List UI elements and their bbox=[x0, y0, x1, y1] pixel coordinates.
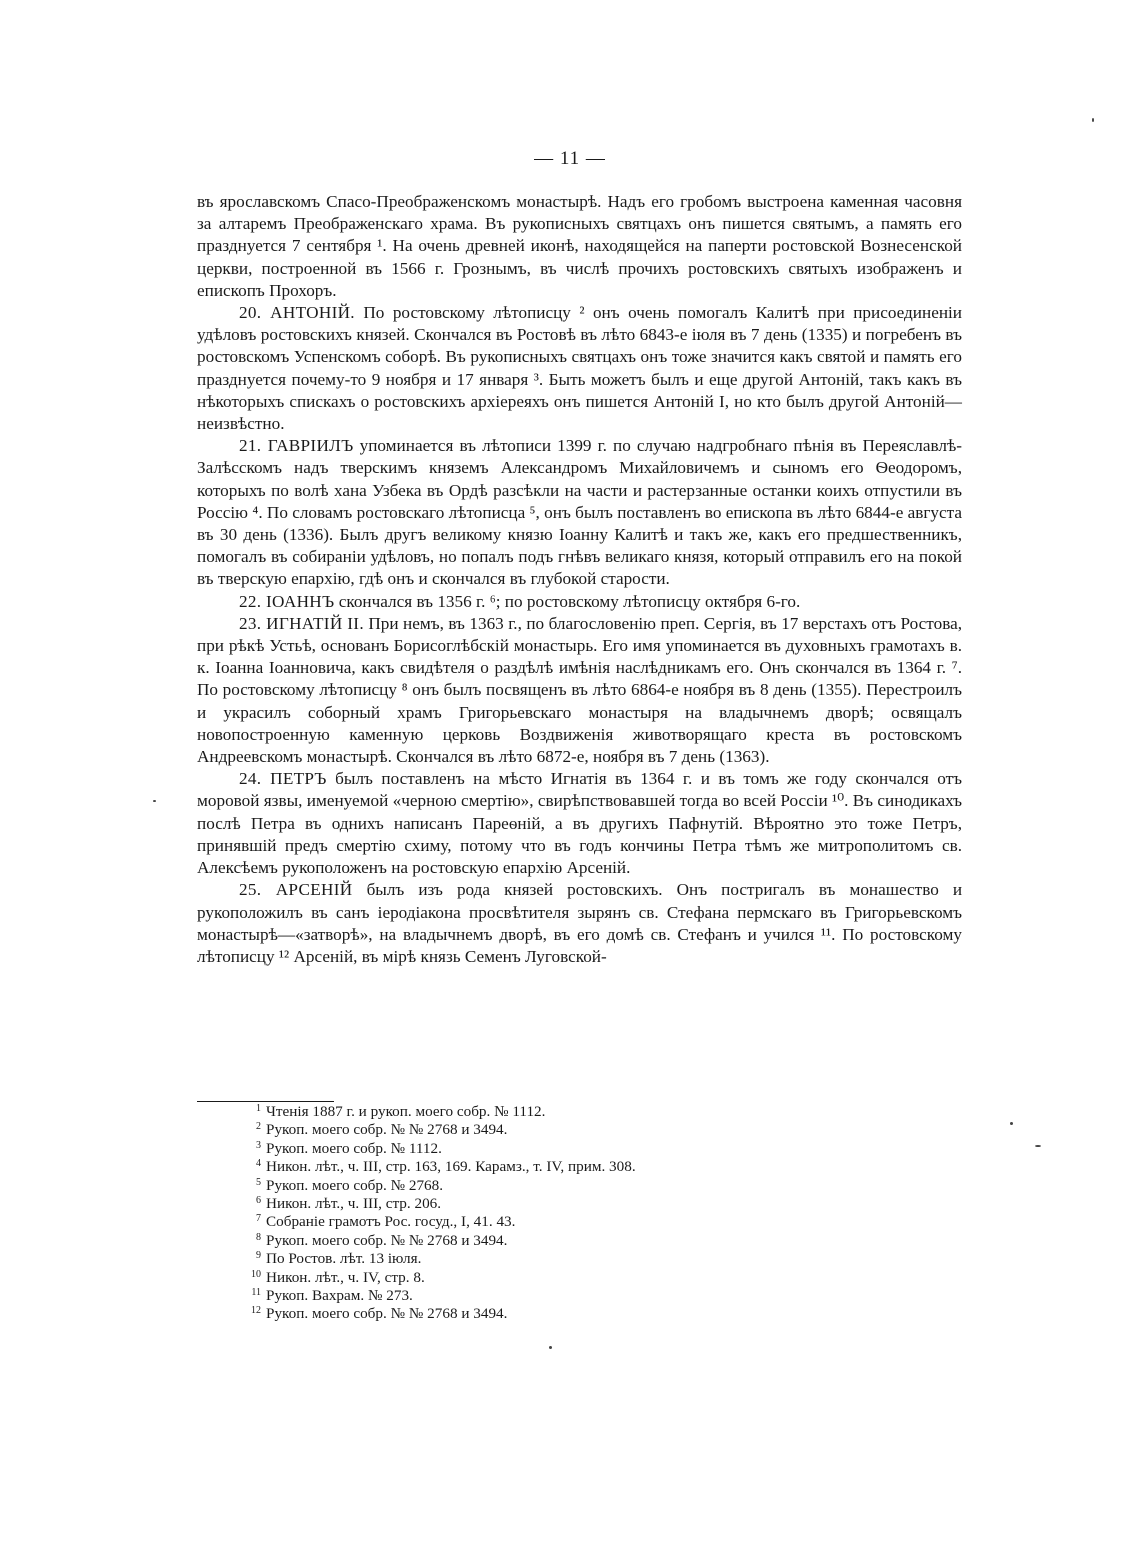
footnote-text: Рукоп. моего собр. № № 2768 и 3494. bbox=[266, 1121, 507, 1138]
footnote: 2Рукоп. моего собр. № № 2768 и 3494. bbox=[243, 1121, 843, 1139]
scan-speck bbox=[1092, 118, 1094, 122]
paragraph-ignatiy: 23. ИГНАТІЙ II. При немъ, въ 1363 г., по… bbox=[197, 613, 962, 768]
paragraph-gavriil: 21. ГАВРІИЛЪ упоминается въ лѣтописи 139… bbox=[197, 435, 962, 590]
scan-speck bbox=[1035, 1145, 1041, 1147]
footnote-text: По Ростов. лѣт. 13 іюля. bbox=[266, 1250, 421, 1267]
paragraph-text: По ростовскому лѣтописцу ² онъ очень пом… bbox=[197, 303, 962, 433]
scanned-page: — 11 — въ ярославскомъ Спасо-Преображенс… bbox=[0, 0, 1140, 1565]
footnote: 3Рукоп. моего собр. № 1112. bbox=[243, 1140, 843, 1158]
paragraph-antoniy: 20. АНТОНІЙ. По ростовскому лѣтописцу ² … bbox=[197, 302, 962, 435]
paragraph-arseniy: 25. АРСЕНІЙ былъ изъ рода князей ростовс… bbox=[197, 879, 962, 968]
footnote-text: Никон. лѣт., ч. III, стр. 163, 169. Кара… bbox=[266, 1158, 636, 1175]
footnote: 7Собраніе грамотъ Рос. госуд., I, 41. 43… bbox=[243, 1213, 843, 1231]
footnote: 11Рукоп. Вахрам. № 273. bbox=[243, 1287, 843, 1305]
page-number: — 11 — bbox=[0, 148, 1140, 170]
footnote-text: Рукоп. моего собр. № № 2768 и 3494. bbox=[266, 1305, 507, 1322]
footnote-text: Собраніе грамотъ Рос. госуд., I, 41. 43. bbox=[266, 1213, 515, 1230]
footnote-text: Рукоп. моего собр. № 2768. bbox=[266, 1177, 443, 1194]
scan-speck bbox=[153, 800, 156, 802]
footnote: 6Никон. лѣт., ч. III, стр. 206. bbox=[243, 1195, 843, 1213]
footnote-text: Рукоп. моего собр. № 1112. bbox=[266, 1140, 442, 1157]
footnote-text: Никон. лѣт., ч. III, стр. 206. bbox=[266, 1195, 441, 1212]
entry-heading: 24. ПЕТРЪ bbox=[239, 769, 327, 788]
paragraph-continuation: въ ярославскомъ Спасо-Преображенскомъ мо… bbox=[197, 191, 962, 302]
footnote: 1Чтенія 1887 г. и рукоп. моего собр. № 1… bbox=[243, 1103, 843, 1121]
footnote: 12Рукоп. моего собр. № № 2768 и 3494. bbox=[243, 1305, 843, 1323]
entry-heading: 25. АРСЕНІЙ bbox=[239, 880, 353, 899]
footnote: 5Рукоп. моего собр. № 2768. bbox=[243, 1177, 843, 1195]
footnote-text: Никон. лѣт., ч. IV, стр. 8. bbox=[266, 1269, 425, 1286]
footnotes: 1Чтенія 1887 г. и рукоп. моего собр. № 1… bbox=[243, 1103, 843, 1324]
footnote: 8Рукоп. моего собр. № № 2768 и 3494. bbox=[243, 1232, 843, 1250]
paragraph-petr: 24. ПЕТРЪ былъ поставленъ на мѣсто Игнат… bbox=[197, 768, 962, 879]
scan-speck bbox=[549, 1346, 552, 1349]
footnote-text: Рукоп. Вахрам. № 273. bbox=[266, 1287, 413, 1304]
entry-heading: 20. АНТОНІЙ. bbox=[239, 303, 355, 322]
entry-heading: 23. ИГНАТІЙ II. bbox=[239, 614, 364, 633]
paragraph-text: въ ярославскомъ Спасо-Преображенскомъ мо… bbox=[197, 192, 962, 300]
paragraph-text: скончался въ 1356 г. ⁶; по ростовскому л… bbox=[339, 592, 801, 611]
entry-heading: 21. ГАВРІИЛЪ bbox=[239, 436, 354, 455]
footnote: 9По Ростов. лѣт. 13 іюля. bbox=[243, 1250, 843, 1268]
body-text: въ ярославскомъ Спасо-Преображенскомъ мо… bbox=[197, 191, 962, 968]
footnote: 10Никон. лѣт., ч. IV, стр. 8. bbox=[243, 1269, 843, 1287]
footnote-text: Рукоп. моего собр. № № 2768 и 3494. bbox=[266, 1232, 507, 1249]
paragraph-text: упоминается въ лѣтописи 1399 г. по случа… bbox=[197, 436, 962, 588]
footnote-separator bbox=[197, 1101, 334, 1102]
entry-heading: 22. ІОАННЪ bbox=[239, 592, 334, 611]
footnote: 4Никон. лѣт., ч. III, стр. 163, 169. Кар… bbox=[243, 1158, 843, 1176]
paragraph-text: При немъ, въ 1363 г., по благословенію п… bbox=[197, 614, 962, 766]
footnote-text: Чтенія 1887 г. и рукоп. моего собр. № 11… bbox=[266, 1103, 545, 1120]
paragraph-ioann: 22. ІОАННЪ скончался въ 1356 г. ⁶; по ро… bbox=[197, 591, 962, 613]
scan-speck bbox=[1010, 1122, 1013, 1125]
